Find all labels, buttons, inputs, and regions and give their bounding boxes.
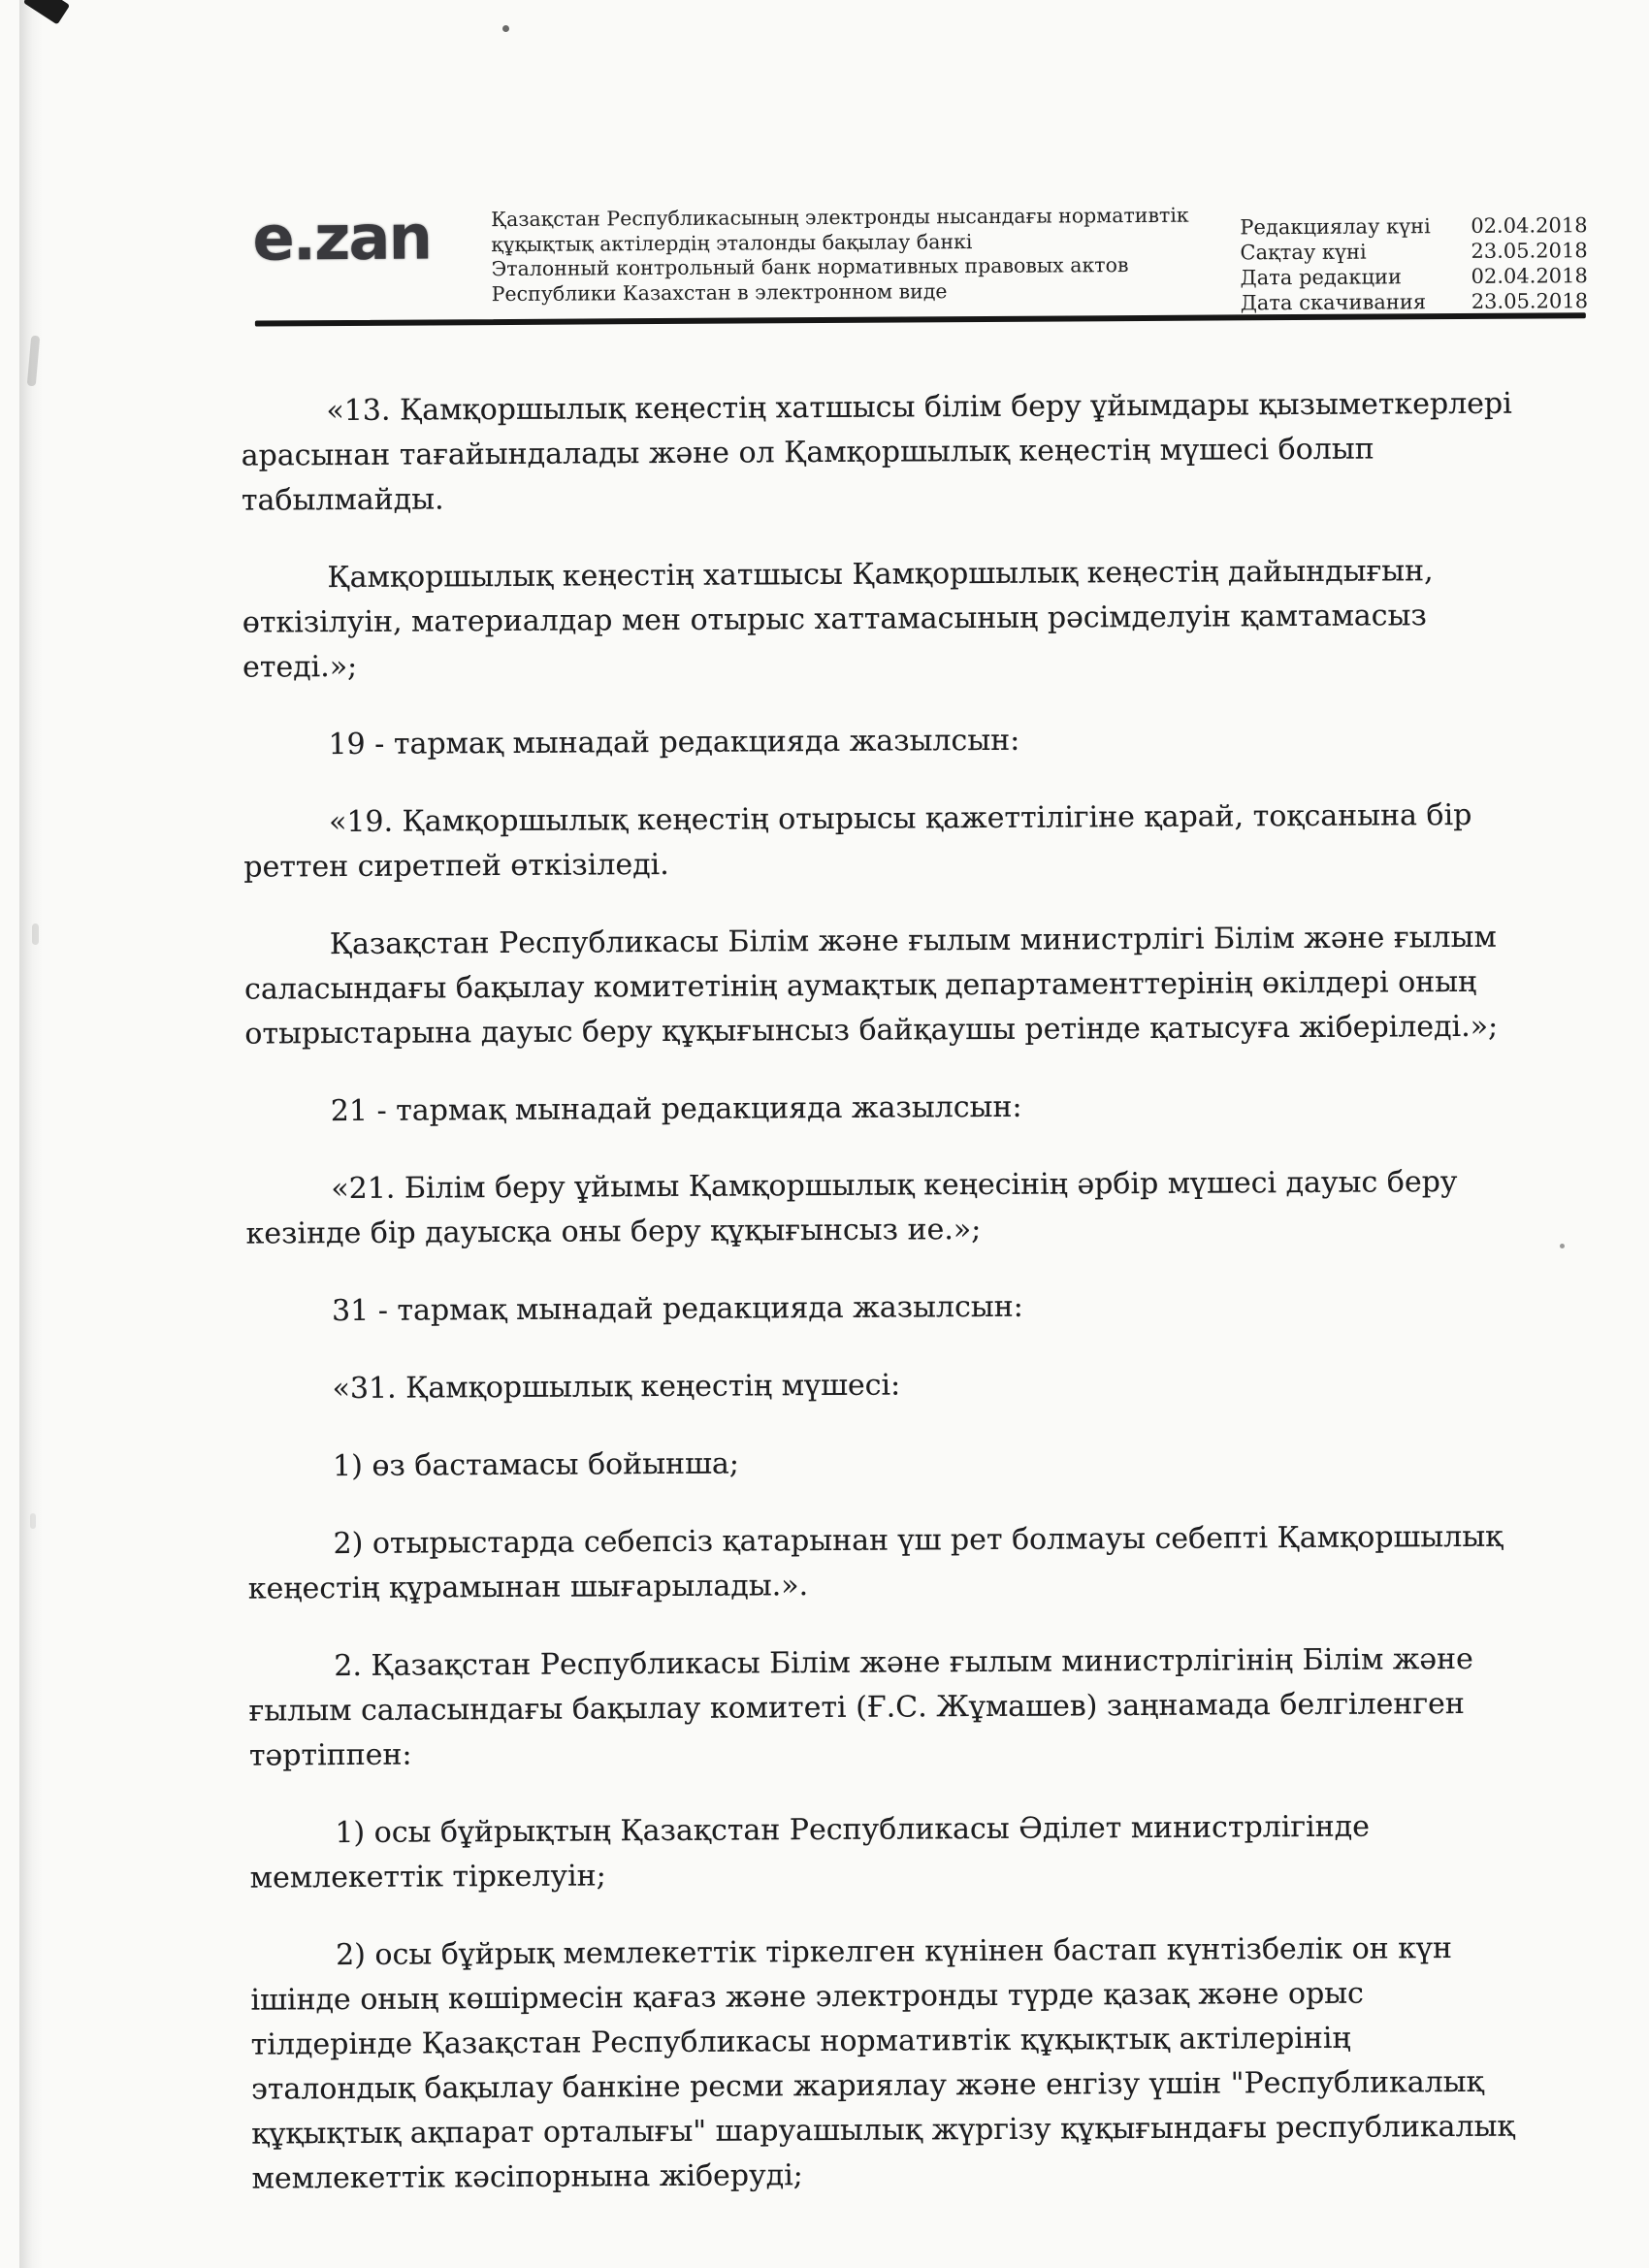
document-content: e.zan Қазақстан Республикасының электрон… [0, 0, 1649, 2268]
bank-title-kazakh: Қазақстан Республикасының электронды ныс… [491, 203, 1243, 257]
paragraph: 19 - тармақ мынадай редакцияда жазылсын: [242, 716, 1515, 768]
meta-value: 23.05.2018 [1471, 238, 1587, 264]
document-meta: Редакциялау күні 02.04.2018 Сақтау күні … [1240, 212, 1588, 315]
meta-row: Дата скачивания 23.05.2018 [1241, 288, 1588, 315]
paragraph: 2) отырыстарда себепсіз қатарынан үш рет… [247, 1515, 1521, 1612]
meta-value: 23.05.2018 [1471, 288, 1588, 314]
meta-row: Сақтау күні 23.05.2018 [1240, 238, 1587, 265]
paragraph: «21. Білім беру ұйымы Қамқоршылық кеңесі… [245, 1160, 1519, 1257]
paragraph: 2. Қазақстан Республикасы Білім және ғыл… [248, 1637, 1522, 1779]
paragraph: 1) осы бұйрықтың Қазақстан Республикасы … [249, 1804, 1523, 1901]
meta-value: 02.04.2018 [1471, 263, 1588, 289]
meta-row: Дата редакции 02.04.2018 [1241, 263, 1588, 290]
meta-row: Редакциялау күні 02.04.2018 [1240, 212, 1587, 240]
paragraph: «13. Қамқоршылық кеңестің хатшысы білім … [241, 382, 1514, 524]
bank-title-russian: Эталонный контрольный банк нормативных п… [491, 252, 1243, 307]
paragraph: 2) осы бұйрық мемлекеттік тіркелген күні… [250, 1927, 1525, 2202]
paragraph: Қазақстан Республикасы Білім және ғылым … [244, 916, 1518, 1057]
document-body: «13. Қамқоршылық кеңестің хатшысы білім … [241, 382, 1525, 2235]
paragraph: 21 - тармақ мынадай редакцияда жазылсын: [245, 1083, 1518, 1135]
paragraph: 31 - тармақ мынадай редакцияда жазылсын: [246, 1282, 1519, 1335]
paragraph: Қамқоршылық кеңестің хатшысы Қамқоршылық… [242, 549, 1515, 691]
ezan-logo: e.zan [252, 202, 431, 275]
scanned-page: e.zan Қазақстан Республикасының электрон… [0, 0, 1649, 2268]
paragraph: «19. Қамқоршылық кеңестің отырысы қажетт… [243, 794, 1517, 891]
meta-label: Дата редакции [1241, 264, 1471, 290]
paragraph: 1) өз бастамасы бойынша; [247, 1438, 1520, 1490]
meta-label: Дата скачивания [1241, 289, 1471, 315]
meta-label: Сақтау күні [1240, 239, 1471, 265]
bank-title: Қазақстан Республикасының электронды ныс… [491, 203, 1244, 307]
paragraph: «31. Қамқоршылық кеңестің мүшесі: [246, 1360, 1519, 1412]
meta-label: Редакциялау күні [1240, 213, 1471, 240]
meta-value: 02.04.2018 [1471, 212, 1587, 239]
header-divider [255, 312, 1586, 326]
